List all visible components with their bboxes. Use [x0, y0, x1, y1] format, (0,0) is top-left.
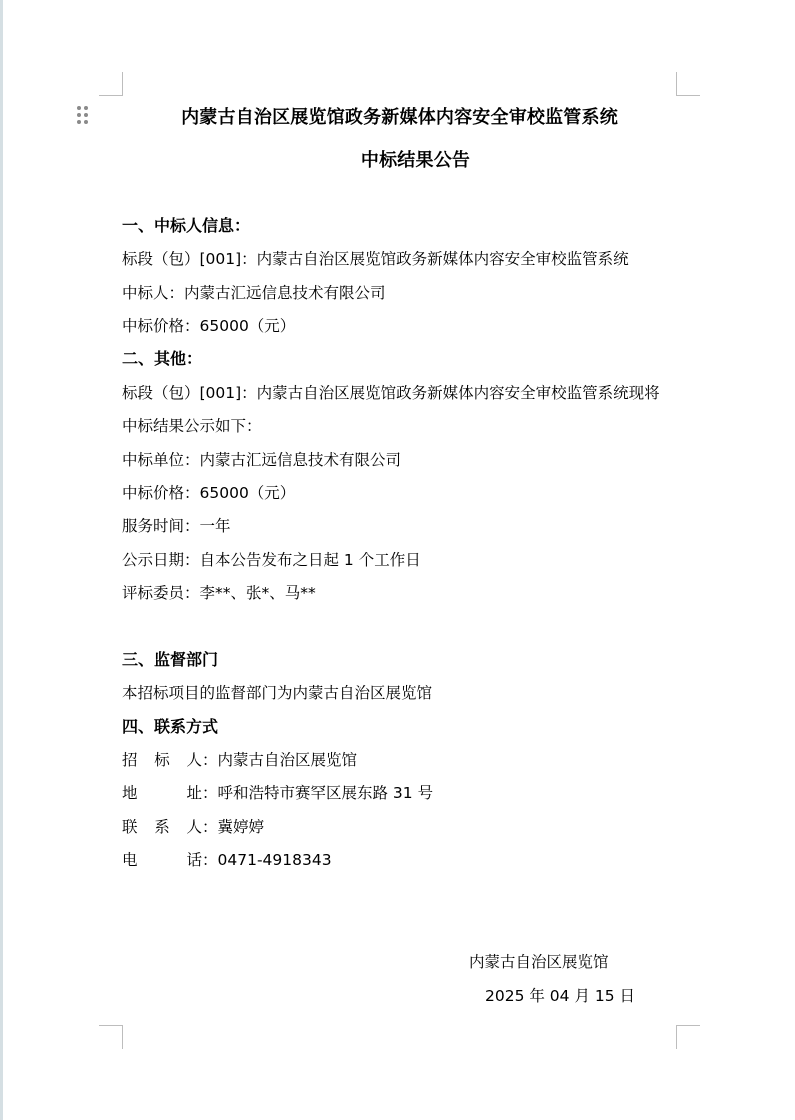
contact-value: ：内蒙古自治区展览馆	[202, 751, 357, 769]
page-margin-corner-bottom-left	[99, 1025, 123, 1049]
section-4-heading: 四、联系方式	[122, 717, 218, 737]
contact-label: 联系人	[122, 817, 202, 837]
section-2-price-line: 中标价格：65000（元）	[122, 483, 295, 503]
contact-label: 电话	[122, 850, 202, 870]
contact-row-phone: 电话：0471-4918343	[122, 850, 332, 870]
section-2-notice-period-line: 公示日期：自本公告发布之日起 1 个工作日	[122, 550, 421, 570]
section-2-service-time-line: 服务时间：一年	[122, 516, 231, 536]
document-subtitle: 中标结果公告	[18, 146, 795, 172]
contact-value: ：0471-4918343	[202, 851, 332, 869]
signature-date: 2025 年 04 月 15 日	[485, 984, 635, 1006]
contact-row-tenderer: 招标人：内蒙古自治区展览馆	[122, 750, 357, 770]
section-1-price-line: 中标价格：65000（元）	[122, 316, 295, 336]
section-2-lot-line-2: 中标结果公示如下：	[122, 416, 262, 436]
section-2-committee-line: 评标委员：李**、张*、马**	[122, 583, 316, 603]
document-title: 内蒙古自治区展览馆政务新媒体内容安全审校监管系统	[2, 103, 795, 129]
section-1-lot-line: 标段（包）[001]：内蒙古自治区展览馆政务新媒体内容安全审校监管系统	[122, 249, 629, 269]
signature-organization: 内蒙古自治区展览馆	[469, 950, 609, 972]
page-margin-corner-top-left	[99, 72, 123, 96]
contact-value: ：呼和浩特市赛罕区展东路 31 号	[202, 784, 433, 802]
page-margin-corner-top-right	[676, 72, 700, 96]
contact-label: 招标人	[122, 750, 202, 770]
section-1-heading: 一、中标人信息：	[122, 216, 250, 236]
section-3-heading: 三、监督部门	[122, 650, 218, 670]
section-2-lot-line-1: 标段（包）[001]：内蒙古自治区展览馆政务新媒体内容安全审校监管系统现将	[122, 383, 660, 403]
contact-label: 地址	[122, 783, 202, 803]
contact-row-address: 地址：呼和浩特市赛罕区展东路 31 号	[122, 783, 433, 803]
contact-value: ：冀婷婷	[202, 818, 264, 836]
page-margin-corner-bottom-right	[676, 1025, 700, 1049]
section-2-winner-unit-line: 中标单位：内蒙古汇远信息技术有限公司	[122, 450, 401, 470]
contact-row-person: 联系人：冀婷婷	[122, 817, 264, 837]
section-2-heading: 二、其他：	[122, 349, 202, 369]
window-left-edge	[0, 0, 3, 1120]
section-1-winner-line: 中标人：内蒙古汇远信息技术有限公司	[122, 283, 386, 303]
section-3-body: 本招标项目的监督部门为内蒙古自治区展览馆	[122, 683, 432, 703]
